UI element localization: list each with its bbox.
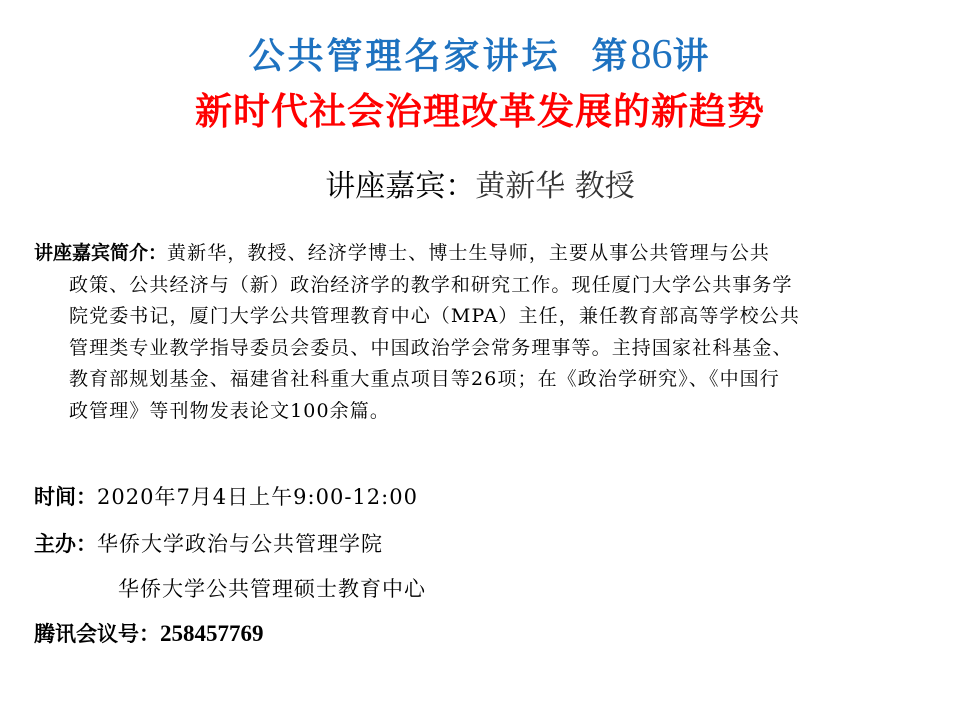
time-label: 时间：: [34, 485, 97, 509]
bio-line: 政策、公共经济与（新）政治经济学的教学和研究工作。现任厦门大学公共事务学: [34, 270, 934, 302]
bio-text: 黄新华，教授、经济学博士、博士生导师，主要从事公共管理与公共: [167, 242, 770, 264]
bio-line: 教育部规划基金、福建省社科重大重点项目等26项；在《政治学研究》、《中国行: [34, 364, 934, 396]
guest-bio: 讲座嘉宾简介：黄新华，教授、经济学博士、博士生导师，主要从事公共管理与公共 政策…: [34, 238, 934, 428]
lecture-number: 86: [631, 32, 673, 78]
time-value: 2020年7月4日上午9:00-12:00: [97, 485, 418, 509]
series-title: 公共管理名家讲坛 第86讲: [0, 32, 960, 80]
lecture-suffix: 讲: [673, 36, 712, 77]
guest-line: 讲座嘉宾：黄新华 教授: [0, 165, 960, 209]
guest-name: 黄新华 教授: [475, 169, 635, 204]
bio-line: 院党委书记，厦门大学公共管理教育中心（MPA）主任，兼任教育部高等学校公共: [34, 301, 934, 333]
meeting-info: 腾讯会议号：258457769: [34, 618, 264, 650]
bio-line: 讲座嘉宾简介：黄新华，教授、经济学博士、博士生导师，主要从事公共管理与公共: [34, 238, 934, 270]
meeting-label: 腾讯会议号：: [34, 622, 160, 646]
bio-line: 政管理》等刊物发表论文100余篇。: [34, 396, 934, 428]
event-time: 时间：2020年7月4日上午9:00-12:00: [34, 481, 418, 513]
meeting-id: 258457769: [160, 621, 264, 646]
event-host-2: 华侨大学公共管理硕士教育中心: [118, 573, 426, 605]
lecture-topic-title: 新时代社会治理改革发展的新趋势: [0, 88, 960, 136]
host-2: 华侨大学公共管理硕士教育中心: [118, 577, 426, 601]
series-name: 公共管理名家讲坛: [248, 36, 560, 77]
host-1: 华侨大学政治与公共管理学院: [97, 532, 383, 556]
bio-label: 讲座嘉宾简介：: [34, 242, 167, 264]
bio-line: 管理类专业教学指导委员会委员、中国政治学会常务理事等。主持国家社科基金、: [34, 333, 934, 365]
guest-label: 讲座嘉宾：: [325, 169, 475, 204]
host-label: 主办：: [34, 532, 97, 556]
event-host: 主办：华侨大学政治与公共管理学院: [34, 528, 383, 560]
lecture-prefix: 第: [592, 36, 631, 77]
